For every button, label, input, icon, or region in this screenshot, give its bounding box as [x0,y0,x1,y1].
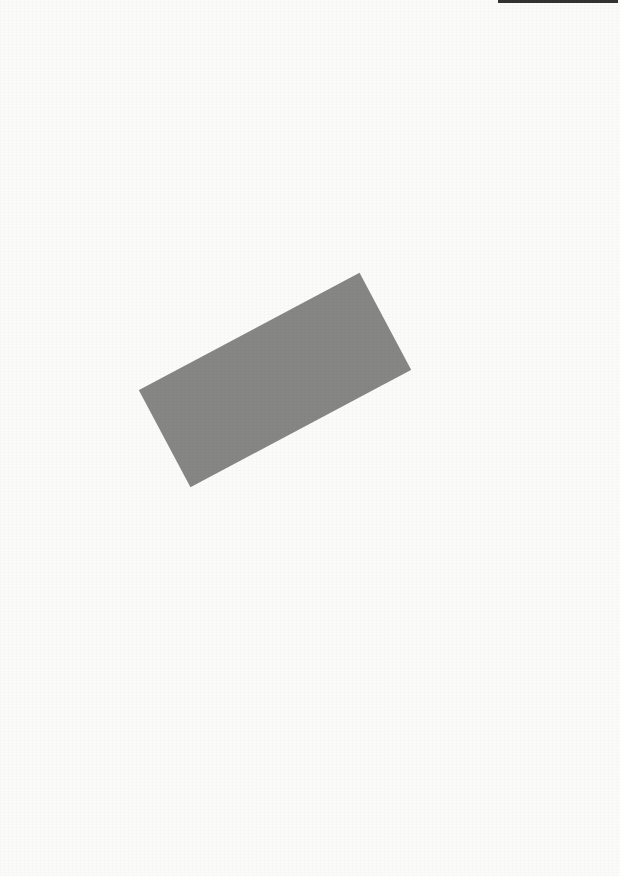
watermark-logo [95,230,455,530]
section-spectator-incidents [56,581,58,583]
section-other-violations [56,649,446,651]
scan-texture [0,0,620,876]
section-organization [56,727,70,729]
fax-header [0,0,620,16]
